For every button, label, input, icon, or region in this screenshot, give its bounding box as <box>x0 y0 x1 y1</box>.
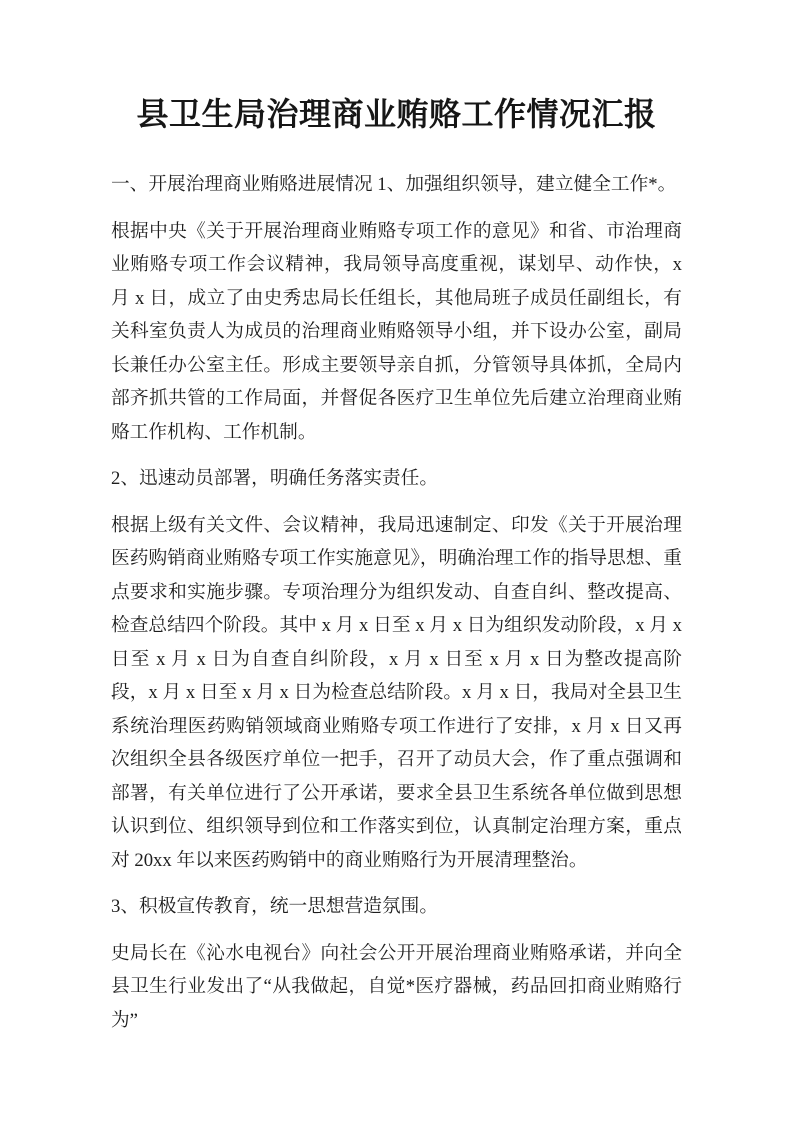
document-page: 县卫生局治理商业贿赂工作情况汇报 一、开展治理商业贿赂进展情况 1、加强组织领导… <box>0 0 793 1122</box>
paragraph-point-2-heading: 2、迅速动员部署，明确任务落实责任。 <box>111 462 682 496</box>
document-body: 一、开展治理商业贿赂进展情况 1、加强组织领导，建立健全工作*。 根据中央《关于… <box>111 168 682 1037</box>
paragraph-mobilization-deployment: 根据上级有关文件、会议精神，我局迅速制定、印发《关于开展治理医药购销商业贿赂专项… <box>111 509 682 878</box>
document-title: 县卫生局治理商业贿赂工作情况汇报 <box>111 0 682 136</box>
paragraph-organization-leadership: 根据中央《关于开展治理商业贿赂专项工作的意见》和省、市治理商业贿赂专项工作会议精… <box>111 215 682 450</box>
paragraph-point-3-heading: 3、积极宣传教育，统一思想营造氛围。 <box>111 890 682 924</box>
paragraph-section-1-heading: 一、开展治理商业贿赂进展情况 1、加强组织领导，建立健全工作*。 <box>111 168 682 202</box>
document-viewport: { "document": { "title": "县卫生局治理商业贿赂工作情况… <box>0 0 793 1122</box>
paragraph-publicity-education: 史局长在《沁水电视台》向社会公开开展治理商业贿赂承诺，并向全县卫生行业发出了“从… <box>111 937 682 1038</box>
